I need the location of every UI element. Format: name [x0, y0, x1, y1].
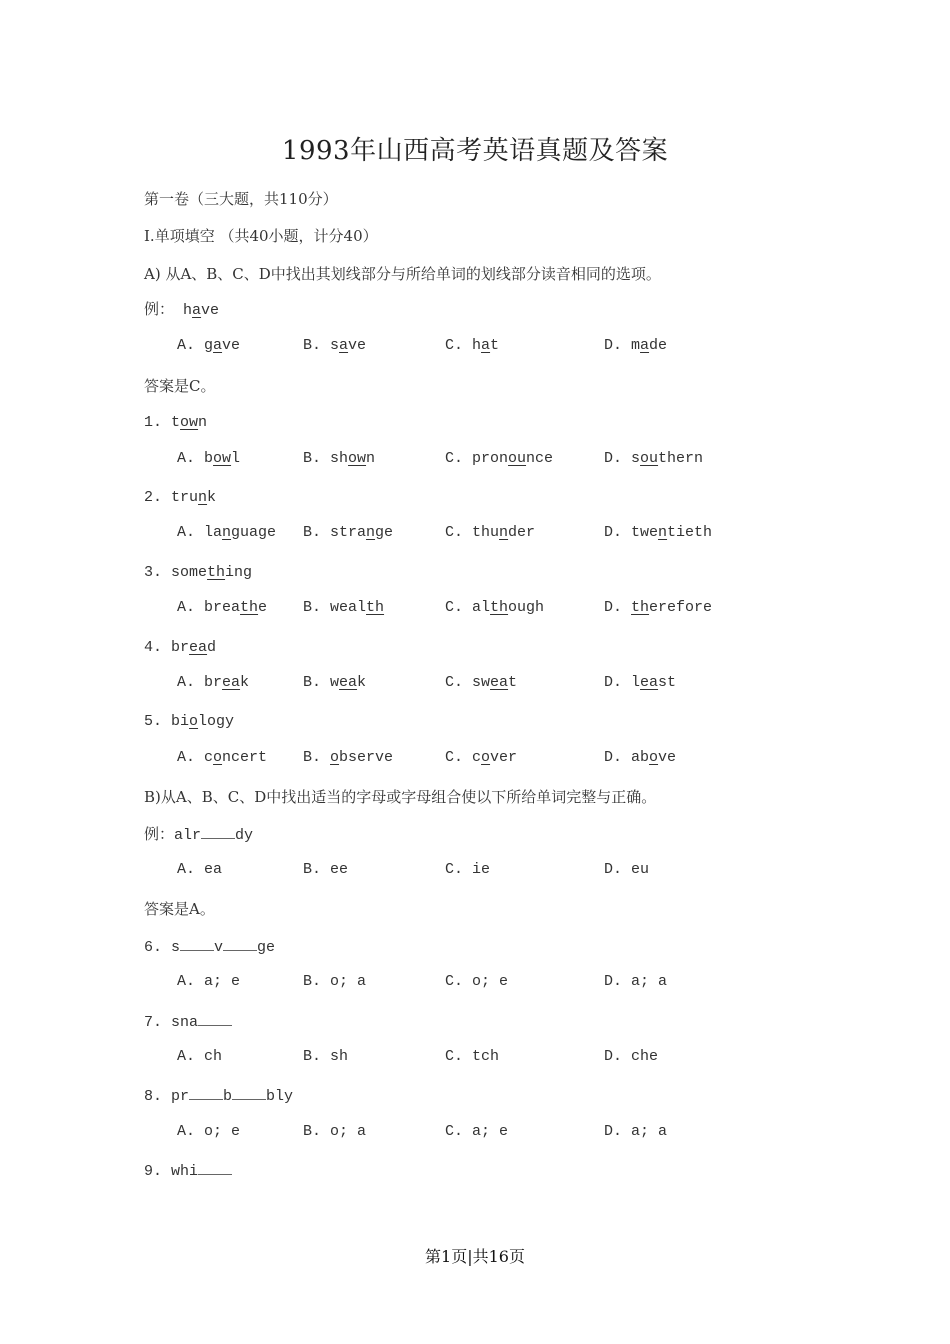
underlined-part: n	[222, 524, 231, 541]
word-suffix: d	[207, 639, 216, 656]
option-c: C. ie	[445, 861, 490, 878]
underlined-part: o	[213, 749, 222, 766]
option-d: D. made	[604, 337, 667, 354]
example-b: 例：alrdy	[144, 824, 253, 846]
option-letter: B.	[303, 524, 330, 541]
word-suffix: n	[366, 450, 375, 467]
option-d: D. a; a	[604, 1123, 667, 1140]
fill-blank	[198, 1160, 232, 1175]
option-c: C. a; e	[445, 1123, 508, 1140]
option-letter: D.	[604, 861, 631, 878]
word-suffix: ncert	[222, 749, 267, 766]
question-number: 1.	[144, 414, 171, 431]
option-text: eu	[631, 861, 649, 878]
word-prefix: ab	[631, 749, 649, 766]
question-8: 8. prbbly	[144, 1085, 293, 1107]
option-a: A. gave	[177, 337, 240, 354]
word-suffix: k	[240, 674, 249, 691]
word-suffix: k	[357, 674, 366, 691]
option-a: A. a; e	[177, 973, 240, 990]
option-text: tch	[472, 1048, 499, 1065]
fill-blank	[189, 1085, 223, 1100]
option-c: C. pronounce	[445, 450, 553, 467]
word-prefix: brea	[204, 599, 240, 616]
option-letter: A.	[177, 749, 204, 766]
option-letter: C.	[445, 749, 472, 766]
word-fragment: pr	[171, 1088, 189, 1105]
fill-blank	[223, 936, 257, 951]
section-a-instruction: A) 从A、B、C、D中找出其划线部分与所给单词的划线部分读音相同的选项。	[144, 263, 661, 285]
page-title: 1993年山西高考英语真题及答案	[0, 130, 950, 167]
word-prefix: br	[204, 674, 222, 691]
option-letter: B.	[303, 749, 330, 766]
option-letter: B.	[303, 973, 330, 990]
option-b: B. o; a	[303, 1123, 366, 1140]
option-b: B. strange	[303, 524, 393, 541]
word-suffix: ing	[225, 564, 252, 581]
word-prefix: sh	[330, 450, 348, 467]
word-fragment: ge	[257, 939, 275, 956]
underlined-part: ou	[508, 450, 526, 467]
option-d: D. least	[604, 674, 676, 691]
question-1: 1. town	[144, 412, 207, 434]
word-prefix: w	[330, 674, 339, 691]
option-letter: D.	[604, 599, 631, 616]
option-letter: A.	[177, 450, 204, 467]
word-suffix: nce	[526, 450, 553, 467]
fill-blank	[232, 1085, 266, 1100]
word-fragment: alr	[174, 827, 201, 844]
option-text: ch	[204, 1048, 222, 1065]
underlined-part: th	[240, 599, 258, 616]
option-letter: A.	[177, 1048, 204, 1065]
word-suffix: ve	[201, 302, 219, 319]
underlined-part: o	[649, 749, 658, 766]
question-number: 4.	[144, 639, 171, 656]
underlined-part: ou	[640, 450, 658, 467]
question-3: 3. something	[144, 562, 252, 584]
option-text: o; a	[330, 1123, 366, 1140]
option-letter: D.	[604, 450, 631, 467]
option-text: ea	[204, 861, 222, 878]
word-suffix: st	[658, 674, 676, 691]
option-letter: C.	[445, 1048, 472, 1065]
option-letter: B.	[303, 674, 330, 691]
underlined-part: ea	[640, 674, 658, 691]
option-text: a; a	[631, 973, 667, 990]
option-d: D. a; a	[604, 973, 667, 990]
option-letter: C.	[445, 450, 472, 467]
word-prefix: stra	[330, 524, 366, 541]
question-2: 2. trunk	[144, 487, 216, 509]
question-number: 5.	[144, 713, 171, 730]
underlined-part: th	[366, 599, 384, 616]
underlined-part: n	[366, 524, 375, 541]
underlined-part: o	[189, 713, 198, 730]
word-prefix: thu	[472, 524, 499, 541]
word-prefix: twe	[631, 524, 658, 541]
word-suffix: logy	[198, 713, 234, 730]
option-text: ee	[330, 861, 348, 878]
word-fragment: v	[214, 939, 223, 956]
word-fragment: s	[171, 939, 180, 956]
option-letter: C.	[445, 861, 472, 878]
option-a: A. ea	[177, 861, 222, 878]
option-letter: B.	[303, 599, 330, 616]
option-a: A. bowl	[177, 450, 240, 467]
option-letter: B.	[303, 450, 330, 467]
word-suffix: de	[649, 337, 667, 354]
word-prefix: h	[472, 337, 481, 354]
question-4: 4. bread	[144, 637, 216, 659]
option-text: ie	[472, 861, 490, 878]
underlined-part: a	[481, 337, 490, 354]
word-prefix: g	[204, 337, 213, 354]
word-prefix: bi	[171, 713, 189, 730]
word-fragment: sna	[171, 1014, 198, 1031]
option-b: B. sh	[303, 1048, 348, 1065]
option-letter: A.	[177, 524, 204, 541]
word-suffix: guage	[231, 524, 276, 541]
word-prefix: t	[171, 414, 180, 431]
underlined-part: a	[640, 337, 649, 354]
word-suffix: thern	[658, 450, 703, 467]
option-c: C. tch	[445, 1048, 499, 1065]
option-a: A. ch	[177, 1048, 222, 1065]
option-letter: C.	[445, 524, 472, 541]
question-6: 6. svge	[144, 936, 275, 958]
word-prefix: s	[631, 450, 640, 467]
word-suffix: ough	[508, 599, 544, 616]
option-text: o; e	[204, 1123, 240, 1140]
question-number: 8.	[144, 1088, 171, 1105]
option-letter: A.	[177, 674, 204, 691]
option-c: C. o; e	[445, 973, 508, 990]
option-letter: A.	[177, 861, 204, 878]
word-prefix: m	[631, 337, 640, 354]
option-letter: A.	[177, 599, 204, 616]
option-b: B. shown	[303, 450, 375, 467]
option-a: A. language	[177, 524, 276, 541]
word-suffix: ge	[375, 524, 393, 541]
underlined-part: o	[481, 749, 490, 766]
option-letter: D.	[604, 1123, 631, 1140]
underlined-part: ow	[180, 414, 198, 431]
underlined-part: n	[499, 524, 508, 541]
fill-blank	[198, 1011, 232, 1026]
option-text: che	[631, 1048, 658, 1065]
option-letter: B.	[303, 861, 330, 878]
option-letter: D.	[604, 337, 631, 354]
word-prefix: some	[171, 564, 207, 581]
word-fragment: bly	[266, 1088, 293, 1105]
option-letter: D.	[604, 973, 631, 990]
word-suffix: n	[198, 414, 207, 431]
option-text: a; e	[472, 1123, 508, 1140]
option-a: A. breathe	[177, 599, 267, 616]
word-suffix: e	[258, 599, 267, 616]
option-c: C. hat	[445, 337, 499, 354]
word-prefix: c	[472, 749, 481, 766]
option-letter: C.	[445, 337, 472, 354]
word-prefix: s	[330, 337, 339, 354]
underlined-part: th	[490, 599, 508, 616]
question-number: 6.	[144, 939, 171, 956]
fill-blank	[180, 936, 214, 951]
option-c: C. although	[445, 599, 544, 616]
example-answer: 答案是C。	[144, 375, 215, 397]
option-letter: C.	[445, 599, 472, 616]
word-prefix: c	[204, 749, 213, 766]
word-prefix: la	[204, 524, 222, 541]
word-suffix: ver	[490, 749, 517, 766]
option-d: D. che	[604, 1048, 658, 1065]
word-prefix: sw	[472, 674, 490, 691]
question-number: 9.	[144, 1163, 171, 1180]
word-prefix: al	[472, 599, 490, 616]
question-7: 7. sna	[144, 1011, 232, 1033]
question-9: 9. whi	[144, 1160, 232, 1182]
word-suffix: bserve	[339, 749, 393, 766]
option-letter: D.	[604, 674, 631, 691]
option-a: A. break	[177, 674, 249, 691]
word-suffix: t	[490, 337, 499, 354]
word-fragment: whi	[171, 1163, 198, 1180]
option-a: A. concert	[177, 749, 267, 766]
option-d: D. eu	[604, 861, 649, 878]
option-letter: A.	[177, 1123, 204, 1140]
question-5: 5. biology	[144, 711, 234, 733]
underlined-part: th	[631, 599, 649, 616]
option-d: D. twentieth	[604, 524, 712, 541]
underlined-part: ea	[189, 639, 207, 656]
option-b: B. o; a	[303, 973, 366, 990]
word-fragment: b	[223, 1088, 232, 1105]
word-suffix: ve	[348, 337, 366, 354]
underlined-part: a	[339, 337, 348, 354]
fill-blank	[201, 824, 235, 839]
option-c: C. thunder	[445, 524, 535, 541]
word-prefix: br	[171, 639, 189, 656]
option-b: B. wealth	[303, 599, 384, 616]
underlined-part: a	[192, 302, 201, 319]
option-letter: B.	[303, 1123, 330, 1140]
option-letter: A.	[177, 337, 204, 354]
option-text: a; e	[204, 973, 240, 990]
underlined-part: ea	[490, 674, 508, 691]
option-d: D. southern	[604, 450, 703, 467]
underlined-part: ea	[339, 674, 357, 691]
option-text: o; e	[472, 973, 508, 990]
option-c: C. sweat	[445, 674, 517, 691]
word-prefix: tru	[171, 489, 198, 506]
option-letter: C.	[445, 1123, 472, 1140]
question-number: 7.	[144, 1014, 171, 1031]
word-prefix: l	[631, 674, 640, 691]
word-suffix: ve	[222, 337, 240, 354]
word-fragment: dy	[235, 827, 253, 844]
option-text: sh	[330, 1048, 348, 1065]
document-page: 1993年山西高考英语真题及答案 第一卷（三大题，共110分） Ⅰ.单项填空 （…	[0, 0, 950, 1344]
example-label: 例：	[144, 827, 174, 844]
example-label: 例：	[144, 302, 183, 319]
option-b: B. save	[303, 337, 366, 354]
option-b: B. observe	[303, 749, 393, 766]
question-number: 3.	[144, 564, 171, 581]
word-prefix: h	[183, 302, 192, 319]
word-suffix: k	[207, 489, 216, 506]
word-prefix: pron	[472, 450, 508, 467]
word-suffix: der	[508, 524, 535, 541]
example-a: 例： have	[144, 300, 219, 322]
part-heading: 第一卷（三大题，共110分）	[144, 188, 338, 210]
option-letter: B.	[303, 1048, 330, 1065]
word-suffix: l	[231, 450, 240, 467]
word-prefix: weal	[330, 599, 366, 616]
option-b: B. weak	[303, 674, 366, 691]
underlined-part: n	[198, 489, 207, 506]
option-c: C. cover	[445, 749, 517, 766]
word-suffix: t	[508, 674, 517, 691]
option-letter: A.	[177, 973, 204, 990]
option-b: B. ee	[303, 861, 348, 878]
option-letter: D.	[604, 749, 631, 766]
word-suffix: erefore	[649, 599, 712, 616]
option-text: a; a	[631, 1123, 667, 1140]
option-letter: D.	[604, 524, 631, 541]
option-a: A. o; e	[177, 1123, 240, 1140]
example-answer: 答案是A。	[144, 898, 215, 920]
word-suffix: tieth	[667, 524, 712, 541]
option-letter: D.	[604, 1048, 631, 1065]
option-d: D. above	[604, 749, 676, 766]
underlined-part: o	[330, 749, 339, 766]
option-letter: C.	[445, 674, 472, 691]
section-b-instruction: B)从A、B、C、D中找出适当的字母或字母组合使以下所给单词完整与正确。	[144, 786, 656, 808]
option-letter: C.	[445, 973, 472, 990]
underlined-part: th	[207, 564, 225, 581]
option-text: o; a	[330, 973, 366, 990]
option-d: D. therefore	[604, 599, 712, 616]
underlined-part: a	[213, 337, 222, 354]
word-prefix: b	[204, 450, 213, 467]
underlined-part: ea	[222, 674, 240, 691]
question-number: 2.	[144, 489, 171, 506]
underlined-part: n	[658, 524, 667, 541]
section-heading: Ⅰ.单项填空 （共40小题，计分40）	[144, 225, 378, 247]
page-footer: 第1页|共16页	[0, 1244, 950, 1267]
underlined-part: ow	[213, 450, 231, 467]
option-letter: B.	[303, 337, 330, 354]
underlined-part: ow	[348, 450, 366, 467]
word-suffix: ve	[658, 749, 676, 766]
